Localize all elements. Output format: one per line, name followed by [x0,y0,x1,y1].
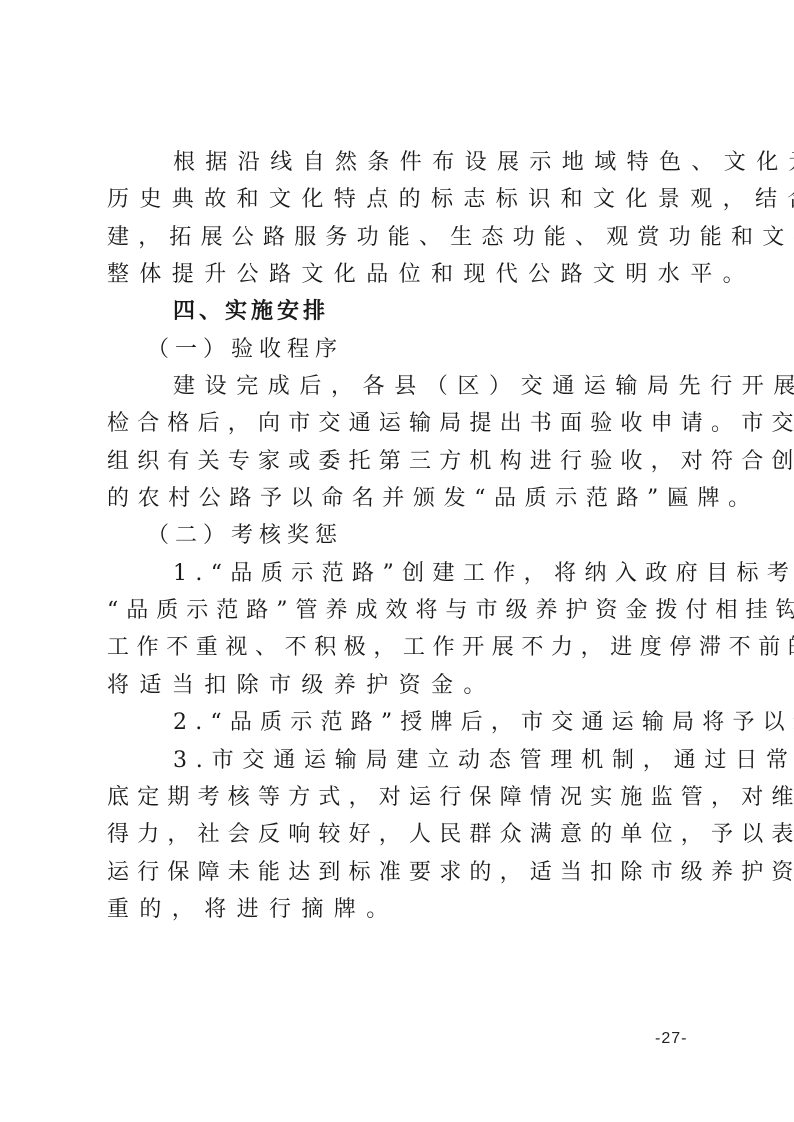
paragraph-line: 建设完成后，各县（区）交通运输局先行开展自检工作，自 [107,368,697,405]
list-item-line: 将适当扣除市级养护资金。 [107,667,697,704]
document-body: 根据沿线自然条件布设展示地域特色、文化元素、民风民俗、 历史典故和文化特点的标志… [107,144,697,928]
paragraph-line: 整体提升公路文化品位和现代公路文明水平。 [107,256,697,293]
paragraph-line: 根据沿线自然条件布设展示地域特色、文化元素、民风民俗、 [107,144,697,181]
list-item-line: 工作不重视、不积极，工作开展不力，进度停滞不前的县（区）， [107,629,697,666]
list-item-line: 得力，社会反响较好，人民群众满意的单位，予以表扬，对日常 [107,816,697,853]
paragraph-line: 组织有关专家或委托第三方机构进行验收，对符合创建标准要求 [107,443,697,480]
list-item-line: 1.“品质示范路”创建工作，将纳入政府目标考核，同时， [107,555,697,592]
list-item-line: 3.市交通运输局建立动态管理机制，通过日常巡查、年中年 [107,742,697,779]
list-item-line: “品质示范路”管养成效将与市级养护资金拨付相挂钩。对创建 [107,592,697,629]
paragraph-line: 历史典故和文化特点的标志标识和文化景观，结合城乡文明创 [107,181,697,218]
paragraph-line: 的农村公路予以命名并颁发“品质示范路”匾牌。 [107,480,697,517]
list-item-line: 重的，将进行摘牌。 [107,891,697,928]
page-number: -27- [655,1030,687,1048]
list-item-line: 运行保障未能达到标准要求的，适当扣除市级养护资金，情节严 [107,854,697,891]
list-item-line: 2.“品质示范路”授牌后，市交通运输局将予以适当奖补。 [107,704,697,741]
subsection-title: （二）考核奖惩 [107,517,697,554]
subsection-title: （一）验收程序 [107,331,697,368]
list-item-line: 底定期考核等方式，对运行保障情况实施监管，对维护运行保障 [107,779,697,816]
section-heading: 四、实施安排 [107,293,697,330]
paragraph-line: 检合格后，向市交通运输局提出书面验收申请。市交通运输局将 [107,405,697,442]
paragraph-line: 建，拓展公路服务功能、生态功能、观赏功能和文化宣传功能， [107,219,697,256]
